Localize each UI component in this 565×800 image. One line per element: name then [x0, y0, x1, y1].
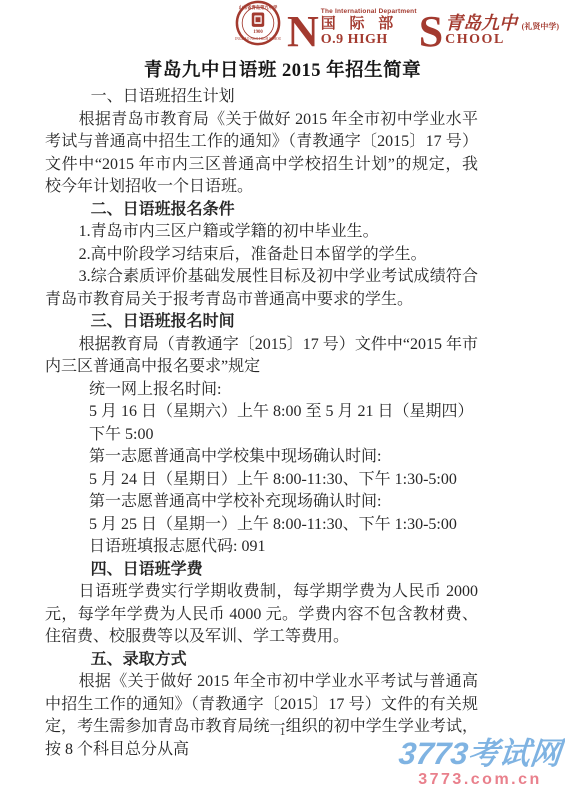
doc-paragraph: 5 月 25 日（星期一）上午 8:00-11:30、下午 1:30-5:00	[45, 514, 478, 537]
doc-paragraph: 第一志愿普通高中学校补充现场确认时间:	[45, 491, 478, 514]
chool-label: CHOOL	[445, 33, 505, 48]
watermark-site-name: 3773考试网	[397, 738, 562, 769]
svg-text:山东省青岛第九中学: 山东省青岛第九中学	[239, 4, 278, 11]
school-name-cn: 青岛九中 (礼贤中学)	[445, 14, 559, 33]
svg-text:QINGDAO NO.9 HIGH SCHOOL: QINGDAO NO.9 HIGH SCHOOL	[235, 37, 281, 41]
intl-dept-label: The International Department	[321, 8, 417, 16]
section-heading: 五、录取方式	[45, 649, 478, 672]
section-heading: 二、日语班报名条件	[45, 199, 478, 222]
document-body: 一、日语班招生计划根据青岛市教育局《关于做好 2015 年全市初中学业水平考试与…	[45, 86, 478, 761]
doc-paragraph: 5 月 16 日（星期六）上午 8:00 至 5 月 21 日（星期四）下午 5…	[45, 401, 478, 446]
school-name-cn-sub: (礼贤中学)	[522, 22, 559, 31]
doc-paragraph: 2.高中阶段学习结束后，准备赴日本留学的学生。	[45, 244, 478, 267]
logo-right-block: 青岛九中 (礼贤中学) CHOOL	[445, 14, 559, 49]
no9-high-label: O.9 HIGH	[321, 33, 388, 48]
doc-paragraph: 5 月 24 日（星期日）上午 8:00-11:30、下午 1:30-5:00	[45, 469, 478, 492]
doc-paragraph: 统一网上报名时间:	[45, 379, 478, 402]
logo-middle-block: The International Department 国 际 部 O.9 H…	[321, 8, 417, 49]
watermark-site-url: 3773.com.cn	[399, 772, 561, 788]
section-heading: 四、日语班学费	[45, 559, 478, 582]
section-heading: 一、日语班招生计划	[45, 86, 478, 109]
logo-letter-s: S	[419, 14, 443, 49]
doc-paragraph: 根据青岛市教育局《关于做好 2015 年全市初中学业水平考试与普通高中招生工作的…	[45, 109, 478, 199]
school-logo: 山东省青岛第九中学 1900 QINGDAO NO.9 HIGH SCHOOL …	[235, 1, 559, 49]
logo-letter-n: N	[287, 14, 319, 49]
doc-paragraph: 3.综合素质评价基础发展性目标及初中学业考试成绩符合青岛市教育局关于报考青岛市普…	[45, 266, 478, 311]
document-page: 山东省青岛第九中学 1900 QINGDAO NO.9 HIGH SCHOOL …	[0, 0, 565, 800]
page-title: 青岛九中日语班 2015 年招生简章	[0, 56, 565, 82]
doc-paragraph: 日语班学费实行学期收费制，每学期学费为人民币 2000 元，每学年学费为人民币 …	[45, 581, 478, 649]
doc-paragraph: 根据教育局（青教通字〔2015〕17 号）文件中“2015 年市内三区普通高中报…	[45, 334, 478, 379]
doc-paragraph: 1.青岛市内三区户籍或学籍的初中毕业生。	[45, 221, 478, 244]
doc-paragraph: 第一志愿普通高中学校集中现场确认时间:	[45, 446, 478, 469]
section-heading: 三、日语班报名时间	[45, 311, 478, 334]
watermark: 3773考试网 3773.com.cn	[399, 738, 561, 788]
school-seal-icon: 山东省青岛第九中学 1900 QINGDAO NO.9 HIGH SCHOOL	[235, 0, 281, 51]
doc-paragraph: 日语班填报志愿代码: 091	[45, 536, 478, 559]
svg-text:1900: 1900	[253, 30, 263, 35]
intl-dept-cn-label: 国 际 部	[321, 16, 399, 33]
